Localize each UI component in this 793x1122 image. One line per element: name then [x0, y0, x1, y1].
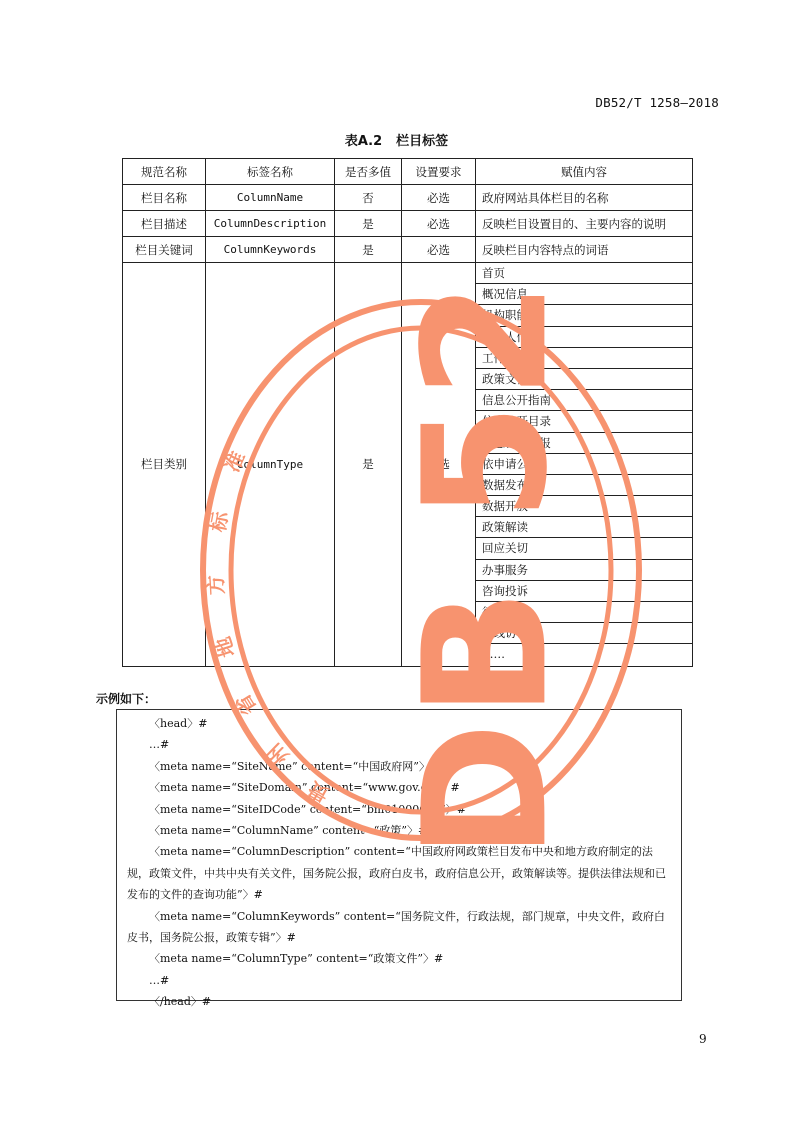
cell-type-values: 首页概况信息机构职能负责人信息工作动态政策文件信息公开指南信息公开目录信息公开年…	[476, 263, 693, 667]
header-content: 赋值内容	[476, 159, 693, 185]
example-label: 示例如下：	[96, 690, 156, 707]
cell-requirement: 必选	[402, 237, 476, 263]
cell-requirement: 必选	[402, 185, 476, 211]
table-title-text: 栏目标签	[396, 134, 448, 149]
column-type-item: 工作动态	[476, 348, 692, 369]
cell-content: 政府网站具体栏目的名称	[476, 185, 693, 211]
column-type-list: 首页概况信息机构职能负责人信息工作动态政策文件信息公开指南信息公开目录信息公开年…	[476, 263, 692, 666]
column-type-item: 数据发布	[476, 475, 692, 496]
column-type-item: 首页	[476, 263, 692, 284]
column-type-item: 负责人信息	[476, 327, 692, 348]
code-line: 〈meta name=“SiteName” content=“中国政府网”〉#	[127, 756, 671, 777]
column-type-item: ……	[476, 644, 692, 665]
code-line: 〈meta name=“ColumnDescription” content=“…	[127, 841, 671, 905]
cell-spec-name: 栏目描述	[123, 211, 206, 237]
code-line: 〈meta name=“ColumnName” content=“政策”〉#	[127, 820, 671, 841]
cell-spec-name: 栏目名称	[123, 185, 206, 211]
table-title: 表A.2栏目标签	[0, 130, 793, 149]
code-line: 〈meta name=“SiteIDCode” content=“bm01000…	[127, 799, 671, 820]
cell-content: 反映栏目设置目的、主要内容的说明	[476, 211, 693, 237]
code-line: 〈meta name=“ColumnType” content=“政策文件”〉#	[127, 948, 671, 969]
cell-multi-value: 是	[335, 237, 402, 263]
column-type-item: 回应关切	[476, 538, 692, 559]
column-type-item: 咨询投诉	[476, 581, 692, 602]
cell-multi-value: 否	[335, 185, 402, 211]
column-type-item: 信息公开指南	[476, 390, 692, 411]
header-tag-name: 标签名称	[206, 159, 335, 185]
table-row: 栏目名称 ColumnName 否 必选 政府网站具体栏目的名称	[123, 185, 693, 211]
table-row-column-type: 栏目类别 ColumnType 是 必选 首页概况信息机构职能负责人信息工作动态…	[123, 263, 693, 667]
column-type-item: 依申请公开	[476, 454, 692, 475]
table-header-row: 规范名称 标签名称 是否多值 设置要求 赋值内容	[123, 159, 693, 185]
cell-spec-name: 栏目类别	[123, 263, 206, 667]
column-type-item: 信息公开目录	[476, 411, 692, 432]
column-type-item: 信息公开年报	[476, 433, 692, 454]
code-line: 〈/head〉#	[127, 991, 671, 1012]
column-type-item: 办事服务	[476, 560, 692, 581]
column-type-item: 数据开放	[476, 496, 692, 517]
column-type-item: 机构职能	[476, 305, 692, 326]
cell-multi-value: 是	[335, 211, 402, 237]
column-type-item: 政策解读	[476, 517, 692, 538]
column-type-item: 政策文件	[476, 369, 692, 390]
cell-tag-name: ColumnName	[206, 185, 335, 211]
standard-code: DB52/T 1258—2018	[595, 95, 719, 110]
cell-tag-name: ColumnDescription	[206, 211, 335, 237]
column-tag-table: 规范名称 标签名称 是否多值 设置要求 赋值内容 栏目名称 ColumnName…	[122, 158, 693, 667]
column-type-item: 概况信息	[476, 284, 692, 305]
code-line: …#	[127, 734, 671, 755]
header-spec-name: 规范名称	[123, 159, 206, 185]
cell-content: 反映栏目内容特点的词语	[476, 237, 693, 263]
table-row: 栏目描述 ColumnDescription 是 必选 反映栏目设置目的、主要内…	[123, 211, 693, 237]
column-type-item: 在线访谈	[476, 623, 692, 644]
cell-spec-name: 栏目关键词	[123, 237, 206, 263]
header-multi-value: 是否多值	[335, 159, 402, 185]
code-line: 〈meta name=“SiteDomain” content=“www.gov…	[127, 777, 671, 798]
code-line: …#	[127, 970, 671, 991]
header-requirement: 设置要求	[402, 159, 476, 185]
cell-tag-name: ColumnType	[206, 263, 335, 667]
code-line: 〈meta name=“ColumnKeywords” content=“国务院…	[127, 906, 671, 949]
cell-requirement: 必选	[402, 263, 476, 667]
cell-requirement: 必选	[402, 211, 476, 237]
column-type-item: 征集调查	[476, 602, 692, 623]
page-number: 9	[699, 1032, 707, 1046]
code-line: 〈head〉#	[127, 713, 671, 734]
cell-tag-name: ColumnKeywords	[206, 237, 335, 263]
cell-multi-value: 是	[335, 263, 402, 667]
table-number: 表A.2	[345, 134, 382, 149]
example-code-box: 〈head〉#…#〈meta name=“SiteName” content=“…	[116, 709, 682, 1001]
table-row: 栏目关键词 ColumnKeywords 是 必选 反映栏目内容特点的词语	[123, 237, 693, 263]
